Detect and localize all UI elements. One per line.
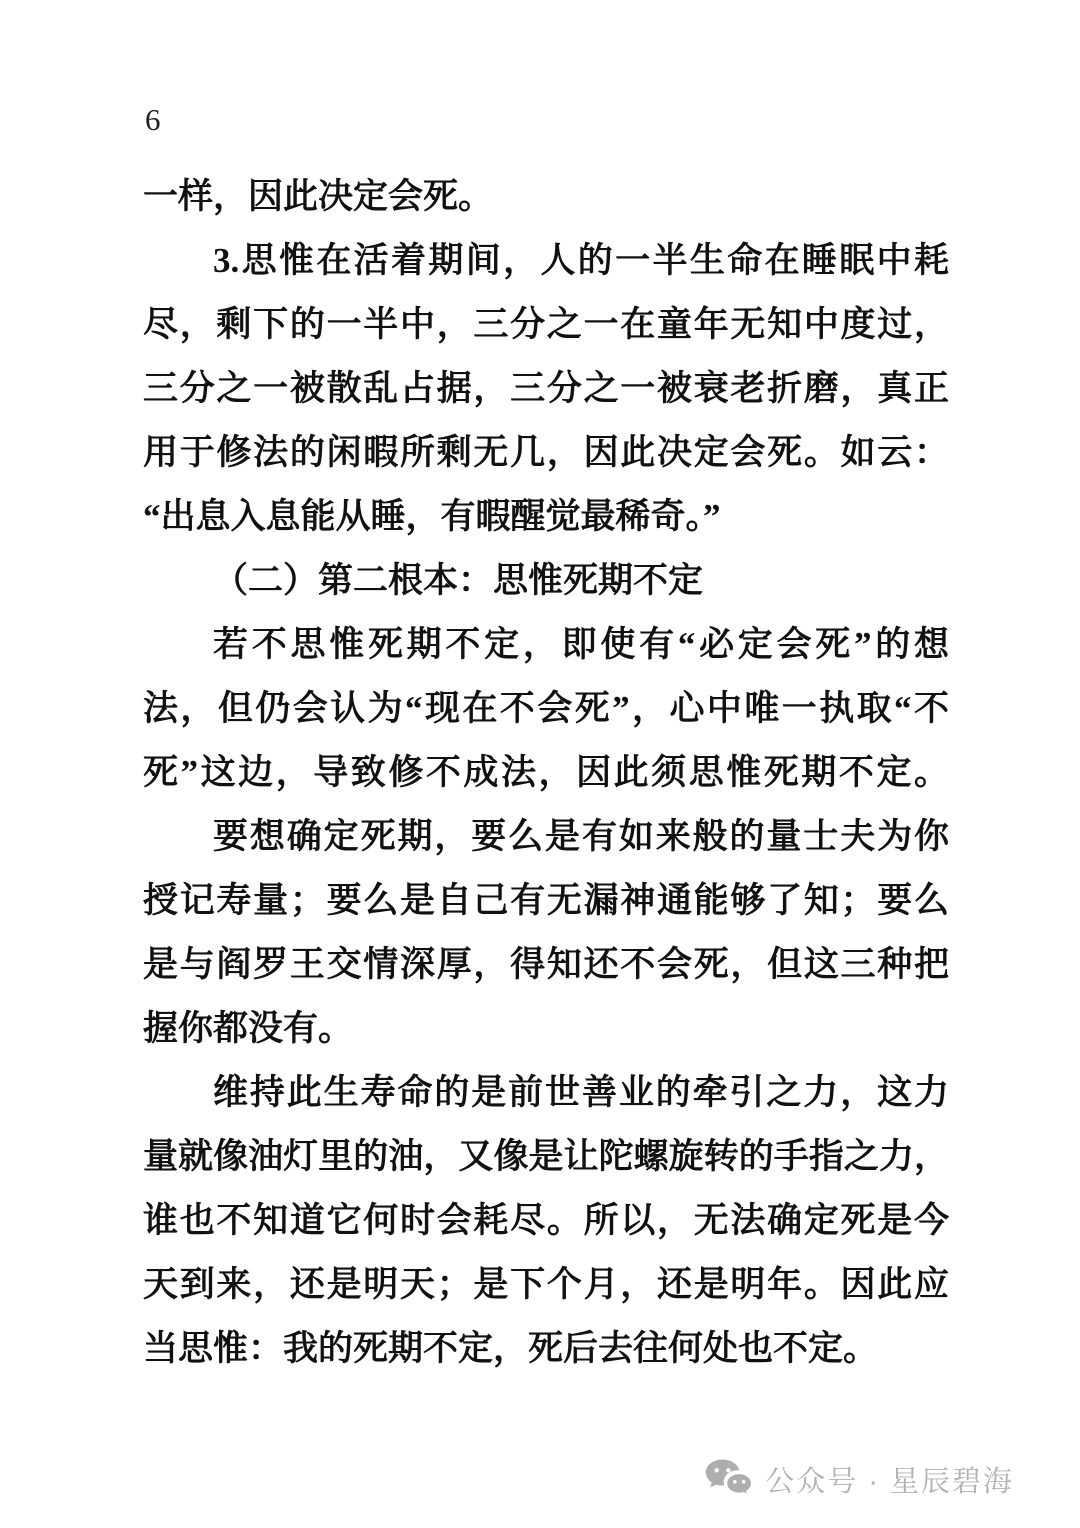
text-line: 一样，因此决定会死。 bbox=[143, 165, 949, 229]
text-line: 要想确定死期，要么是有如来般的量士夫为你 bbox=[143, 805, 949, 869]
text-line: 用于修法的闲暇所剩无几，因此决定会死。如云： bbox=[143, 421, 949, 485]
text-line: 谁也不知道它何时会耗尽。所以，无法确定死是今 bbox=[143, 1189, 949, 1253]
text-line: 维持此生寿命的是前世善业的牵引之力，这力 bbox=[143, 1061, 949, 1125]
text-line: “出息入息能从睡，有暇醒觉最稀奇。” bbox=[143, 485, 949, 549]
text-line: 是与阎罗王交情深厚，得知还不会死，但这三种把 bbox=[143, 933, 949, 997]
text-line: 法，但仍会认为“现在不会死”，心中唯一执取“不 bbox=[143, 677, 949, 741]
text-line: 若不思惟死期不定，即使有“必定会死”的想 bbox=[143, 613, 949, 677]
text-line: 握你都没有。 bbox=[143, 997, 949, 1061]
body-text: 一样，因此决定会死。3.思惟在活着期间，人的一半生命在睡眠中耗尽，剩下的一半中，… bbox=[143, 165, 949, 1381]
document-page: 6 一样，因此决定会死。3.思惟在活着期间，人的一半生命在睡眠中耗尽，剩下的一半… bbox=[0, 0, 1080, 1528]
text-line: 量就像油灯里的油，又像是让陀螺旋转的手指之力， bbox=[143, 1125, 949, 1189]
text-line: 三分之一被散乱占据，三分之一被衰老折磨，真正 bbox=[143, 357, 949, 421]
text-line: 3.思惟在活着期间，人的一半生命在睡眠中耗 bbox=[143, 229, 949, 293]
watermark: 公众号 · 星辰碧海 bbox=[705, 1458, 1014, 1500]
page-number: 6 bbox=[145, 102, 161, 138]
text-line: 授记寿量；要么是自己有无漏神通能够了知；要么 bbox=[143, 869, 949, 933]
text-line: 尽，剩下的一半中，三分之一在童年无知中度过， bbox=[143, 293, 949, 357]
wechat-icon bbox=[705, 1458, 753, 1500]
text-line: 死”这边，导致修不成法，因此须思惟死期不定。 bbox=[143, 741, 949, 805]
text-line: （二）第二根本：思惟死期不定 bbox=[143, 549, 949, 613]
watermark-label: 公众号 · 星辰碧海 bbox=[765, 1459, 1014, 1500]
text-line: 天到来，还是明天；是下个月，还是明年。因此应 bbox=[143, 1253, 949, 1317]
text-line: 当思惟：我的死期不定，死后去往何处也不定。 bbox=[143, 1317, 949, 1381]
